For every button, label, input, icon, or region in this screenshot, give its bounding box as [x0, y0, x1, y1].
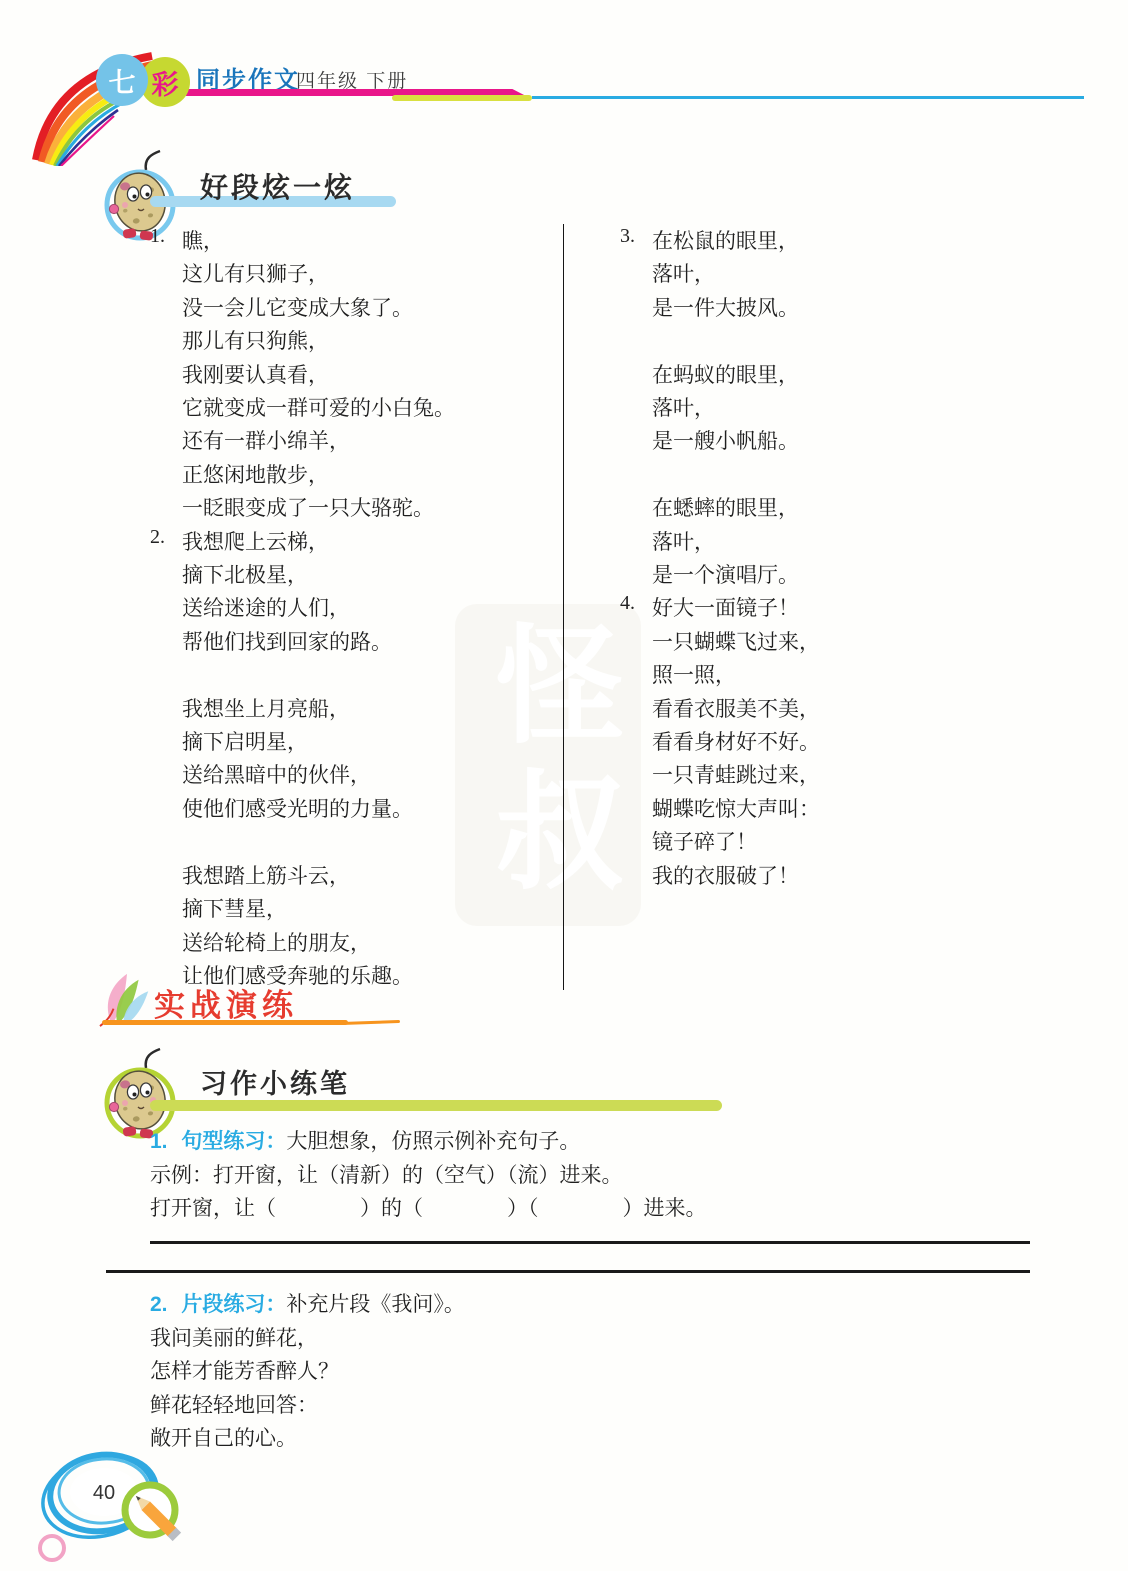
poem-line: 这儿有只狮子，	[182, 258, 455, 291]
banner-underline-tail	[340, 1020, 400, 1025]
poem-line: 摘下北极星，	[182, 559, 413, 592]
poem-line: 帮他们找到回家的路。	[182, 626, 413, 659]
poem-line: 看看衣服美不美，	[652, 693, 820, 726]
poem-line: 我想爬上云梯，	[182, 526, 413, 559]
answer-line-1[interactable]	[150, 1241, 1030, 1244]
poem-item-2: 2. 我想爬上云梯， 摘下北极星， 送给迷途的人们， 帮他们找到回家的路。 我想…	[150, 526, 556, 994]
exercise1-example: 示例：打开窗，让（清新）的（空气）（流）进来。	[150, 1159, 623, 1192]
poem-line: 一只青蛙跳过来，	[652, 759, 820, 792]
showcase-title: 好段炫一炫	[200, 166, 355, 206]
edition-label: 四年级 下册	[296, 66, 408, 93]
poem-number: 4.	[620, 592, 652, 893]
poem-item-1: 1. 瞧， 这儿有只狮子， 没一会儿它变成大象了。 那儿有只狗熊， 我刚要认真看…	[150, 225, 556, 526]
poem-line: 落叶，	[652, 258, 799, 291]
page-number-decoration	[30, 1448, 202, 1566]
header-yellow-band	[392, 95, 532, 101]
exercise1-number: 1.	[150, 1130, 168, 1153]
poem-line: 在蟋蟀的眼里，	[652, 492, 799, 525]
exercise2-label: 片段练习：	[181, 1293, 286, 1316]
page-number: 40	[86, 1482, 122, 1505]
poem-line: 在松鼠的眼里，	[652, 225, 799, 258]
poem-line: 它就变成一群可爱的小白兔。	[182, 392, 455, 425]
poem-line: 送给迷途的人们，	[182, 592, 413, 625]
stanza: 我想踏上筋斗云， 摘下彗星， 送给轮椅上的朋友， 让他们感受奔驰的乐趣。	[182, 860, 413, 994]
exercise1-fill-sentence: 打开窗，让（ ）的（ ）（ ）进来。	[150, 1192, 707, 1225]
banner-underline	[102, 1020, 348, 1025]
poem-line: 在蚂蚁的眼里，	[652, 359, 799, 392]
exercise1-label: 句型练习：	[181, 1130, 286, 1153]
exercise2-line: 鲜花轻轻地回答：	[150, 1389, 339, 1422]
poem-line: 是一件大披风。	[652, 292, 799, 325]
poem-line: 使他们感受光明的力量。	[182, 793, 413, 826]
poem-line: 摘下启明星，	[182, 726, 413, 759]
exercise2-number: 2.	[150, 1293, 168, 1316]
stanza: 瞧， 这儿有只狮子， 没一会儿它变成大象了。 那儿有只狗熊， 我刚要认真看， 它…	[182, 225, 455, 526]
stanza: 好大一面镜子！ 一只蝴蝶飞过来， 照一照， 看看衣服美不美， 看看身材好不好。 …	[652, 592, 820, 893]
poem-line: 照一照，	[652, 659, 820, 692]
poem-line: 我想坐上月亮船，	[182, 693, 413, 726]
poem-body: 在松鼠的眼里， 落叶， 是一件大披风。 在蚂蚁的眼里， 落叶， 是一艘小帆船。 …	[652, 225, 799, 592]
stanza: 我想坐上月亮船， 摘下启明星， 送给黑暗中的伙伴， 使他们感受光明的力量。	[182, 693, 413, 827]
poem-line: 是一个演唱厅。	[652, 559, 799, 592]
poem-line: 我想踏上筋斗云，	[182, 860, 413, 893]
poem-number: 3.	[620, 225, 652, 592]
poem-column-left: 1. 瞧， 这儿有只狮子， 没一会儿它变成大象了。 那儿有只狗熊， 我刚要认真看…	[150, 225, 556, 993]
poem-line: 我刚要认真看，	[182, 359, 455, 392]
exercise2-lines: 我问美丽的鲜花， 怎样才能芳香醉人？ 鲜花轻轻地回答： 敞开自己的心。	[150, 1322, 339, 1456]
poem-line: 落叶，	[652, 392, 799, 425]
exercise2-line: 怎样才能芳香醉人？	[150, 1355, 339, 1388]
poem-body: 瞧， 这儿有只狮子， 没一会儿它变成大象了。 那儿有只狗熊， 我刚要认真看， 它…	[182, 225, 455, 526]
poem-line: 正悠闲地散步，	[182, 459, 455, 492]
poem-line: 让他们感受奔驰的乐趣。	[182, 960, 413, 993]
poem-line: 那儿有只狗熊，	[182, 325, 455, 358]
exercise2-instruction: 补充片段《我问》。	[286, 1292, 465, 1316]
poem-body: 好大一面镜子！ 一只蝴蝶飞过来， 照一照， 看看衣服美不美， 看看身材好不好。 …	[652, 592, 820, 893]
poem-line: 蝴蝶吃惊大声叫：	[652, 793, 820, 826]
poem-line: 没一会儿它变成大象了。	[182, 292, 455, 325]
logo-char-qi: 七	[109, 61, 136, 100]
poem-line: 镜子碎了！	[652, 826, 820, 859]
poem-number: 2.	[150, 526, 182, 994]
poem-line: 是一艘小帆船。	[652, 425, 799, 458]
poem-line: 送给轮椅上的朋友，	[182, 927, 413, 960]
practice-underline-bar	[150, 1100, 722, 1111]
poem-line: 我的衣服破了！	[652, 860, 820, 893]
stanza: 在蚂蚁的眼里， 落叶， 是一艘小帆船。	[652, 359, 799, 459]
poem-body: 我想爬上云梯， 摘下北极星， 送给迷途的人们， 帮他们找到回家的路。 我想坐上月…	[182, 526, 413, 994]
poem-line: 一眨眼变成了一只大骆驼。	[182, 492, 455, 525]
logo-circle-qi: 七	[96, 54, 148, 106]
stanza: 我想爬上云梯， 摘下北极星， 送给迷途的人们， 帮他们找到回家的路。	[182, 526, 413, 660]
poem-number: 1.	[150, 225, 182, 526]
poem-line: 还有一群小绵羊，	[182, 425, 455, 458]
stanza: 在松鼠的眼里， 落叶， 是一件大披风。	[652, 225, 799, 325]
poem-item-3: 3. 在松鼠的眼里， 落叶， 是一件大披风。 在蚂蚁的眼里， 落叶， 是一艘小帆…	[620, 225, 1040, 592]
exercise2-header: 2. 片段练习：补充片段《我问》。	[150, 1288, 465, 1321]
poem-line: 瞧，	[182, 225, 455, 258]
answer-line-2[interactable]	[106, 1270, 1030, 1273]
stanza: 在蟋蟀的眼里， 落叶， 是一个演唱厅。	[652, 492, 799, 592]
header-cyan-rule	[532, 96, 1084, 99]
practice-section-title: 习作小练笔	[200, 1062, 350, 1101]
poem-line: 看看身材好不好。	[652, 726, 820, 759]
logo-char-cai: 彩	[152, 63, 179, 102]
poem-item-4: 4. 好大一面镜子！ 一只蝴蝶飞过来， 照一照， 看看衣服美不美， 看看身材好不…	[620, 592, 1040, 893]
exercise1-header: 1. 句型练习：大胆想象，仿照示例补充句子。	[150, 1125, 580, 1158]
textbook-page: { "header": { "logo_first": "七", "logo_s…	[0, 0, 1128, 1571]
exercise2-line: 我问美丽的鲜花，	[150, 1322, 339, 1355]
exercise1-instruction: 大胆想象，仿照示例补充句子。	[286, 1129, 580, 1153]
poem-column-right: 3. 在松鼠的眼里， 落叶， 是一件大披风。 在蚂蚁的眼里， 落叶， 是一艘小帆…	[620, 225, 1040, 893]
poem-line: 送给黑暗中的伙伴，	[182, 759, 413, 792]
poem-line: 好大一面镜子！	[652, 592, 820, 625]
poem-line: 落叶，	[652, 526, 799, 559]
poem-line: 一只蝴蝶飞过来，	[652, 626, 820, 659]
column-divider	[563, 224, 564, 990]
poem-line: 摘下彗星，	[182, 893, 413, 926]
